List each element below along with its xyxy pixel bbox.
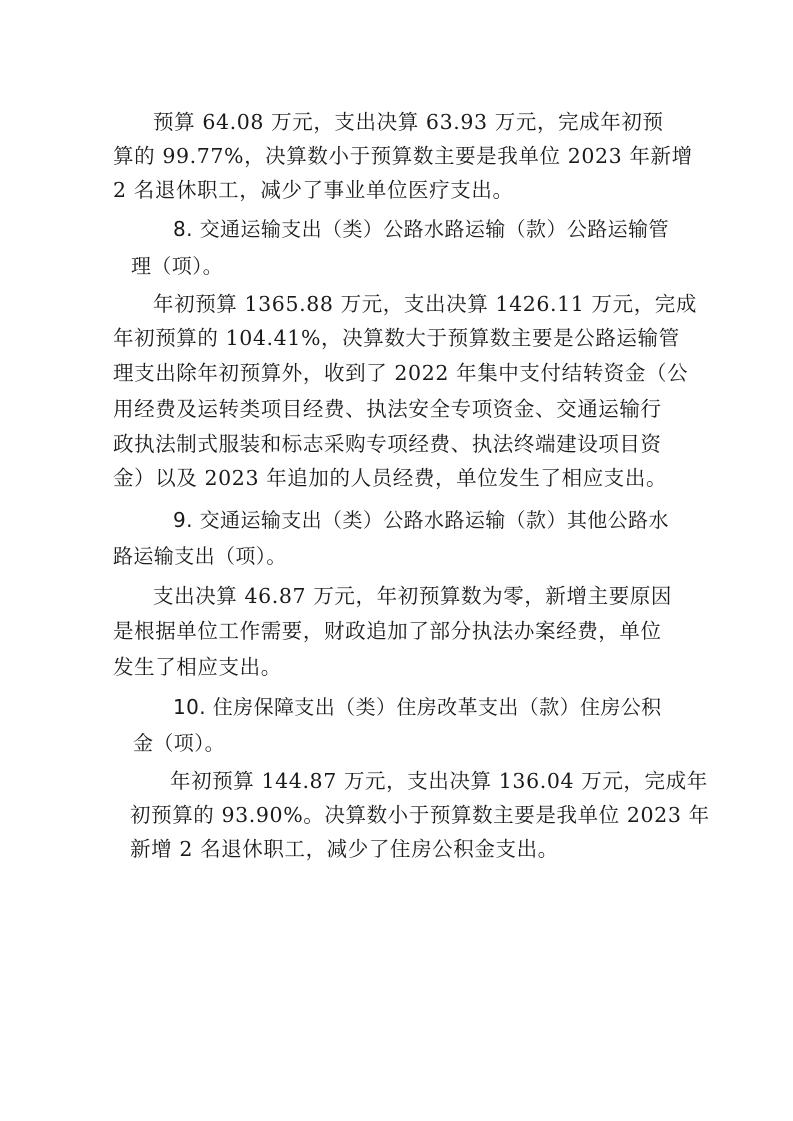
heading-line: 8. 交通运输支出（类）公路水路运输（款）公路运输管: [173, 217, 733, 241]
heading-line: 10. 住房保障支出（类）住房改革支出（款）住房公积: [173, 695, 733, 719]
document-page: 预算 64.08 万元，支出决算 63.93 万元，完成年初预 算的 99.77…: [0, 0, 793, 1121]
text-line: 预算 64.08 万元，支出决算 63.93 万元，完成年初预: [153, 110, 713, 134]
text-line: 算的 99.77%，决算数小于预算数主要是我单位 2023 年新增: [113, 144, 673, 168]
heading-line: 路运输支出（项）。: [113, 544, 673, 568]
text-line: 年初预算 144.87 万元，支出决算 136.04 万元，完成年: [170, 769, 730, 793]
text-line: 2 名退休职工，减少了事业单位医疗支出。: [113, 178, 673, 202]
text-line: 发生了相应支出。: [113, 655, 673, 679]
text-line: 政执法制式服装和标志采购专项经费、执法终端建设项目资: [113, 432, 673, 456]
text-line: 年初预算 1365.88 万元，支出决算 1426.11 万元，完成: [153, 292, 713, 316]
text-line: 新增 2 名退休职工，减少了住房公积金支出。: [130, 837, 690, 861]
heading-line: 理（项）。: [131, 254, 691, 278]
text-line: 支出决算 46.87 万元，年初预算数为零，新增主要原因: [153, 584, 713, 608]
heading-line: 9. 交通运输支出（类）公路水路运输（款）其他公路水: [173, 508, 733, 532]
text-line: 金）以及 2023 年追加的人员经费，单位发生了相应支出。: [113, 466, 673, 490]
text-line: 初预算的 93.90%。决算数小于预算数主要是我单位 2023 年: [130, 803, 690, 827]
heading-line: 金（项）。: [133, 731, 693, 755]
text-line: 是根据单位工作需要，财政追加了部分执法办案经费，单位: [113, 619, 673, 643]
text-line: 用经费及运转类项目经费、执法安全专项资金、交通运输行: [113, 397, 673, 421]
text-line: 理支出除年初预算外，收到了 2022 年集中支付结转资金（公: [113, 361, 673, 385]
text-line: 年初预算的 104.41%，决算数大于预算数主要是公路运输管: [113, 326, 673, 350]
